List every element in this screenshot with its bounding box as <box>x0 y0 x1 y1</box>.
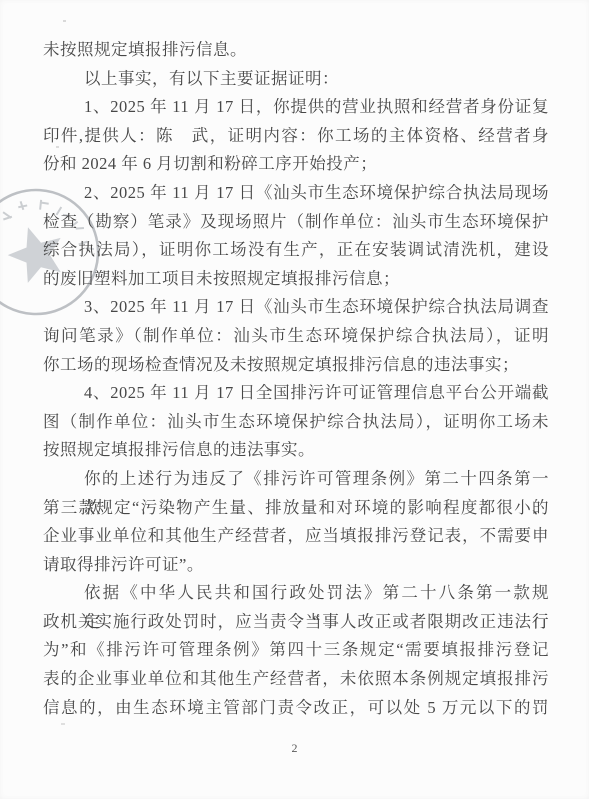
scan-speck <box>61 723 65 725</box>
text-line: 检查（勘察）笔录》及现场照片（制作单位：汕头市生态环境保护 <box>43 208 549 237</box>
text-line: 印件,提供人：陈 武，证明内容：你工场的主体资格、经营者身 <box>43 122 549 151</box>
text-line: 企业事业单位和其他生产经营者，应当填报排污登记表，不需要申 <box>43 522 549 551</box>
scan-speck <box>63 20 66 22</box>
text-line: 请取得排污许可证”。 <box>43 551 549 580</box>
text-line: 表的企业事业单位和其他生产经营者，未依照本条例规定填报排污 <box>43 665 549 694</box>
text-line: 询问笔录》（制作单位：汕头市生态环境保护综合执法局），证明 <box>43 322 549 351</box>
text-line: 2、2025 年 11 月 17 日《汕头市生态环境保护综合执法局现场 <box>43 179 549 208</box>
text-line: 图（制作单位：汕头市生态环境保护综合执法局），证明你工场未 <box>43 408 549 437</box>
text-line: 的废旧塑料加工项目未按照规定填报排污信息； <box>43 265 549 294</box>
page-number: 2 <box>0 741 589 756</box>
text-line: 按照规定填报排污信息的违法事实。 <box>43 436 549 465</box>
text-line: 依据《中华人民共和国行政处罚法》第二十八条第一款规定“行 <box>43 579 549 608</box>
text-line: 第三款规定“污染物产生量、排放量和对环境的影响程度都很小的 <box>43 494 549 523</box>
text-line: 1、2025 年 11 月 17 日，你提供的营业执照和经营者身份证复 <box>43 93 549 122</box>
text-line: 4、2025 年 11 月 17 日全国排污许可证管理信息平台公开端截 <box>43 379 549 408</box>
text-line: 综合执法局），证明你工场没有生产，正在安装调试清洗机，建设 <box>43 236 549 265</box>
text-line: 信息的，由生态环境主管部门责令改正，可以处 5 万元以下的罚 <box>43 694 549 723</box>
text-line: 你的上述行为违反了《排污许可管理条例》第二十四条第一款、 <box>43 465 549 494</box>
text-line: 未按照规定填报排污信息。 <box>43 36 549 65</box>
text-line: 你工场的现场检查情况及未按照规定填报排污信息的违法事实； <box>43 351 549 380</box>
text-line: 为”和《排污许可管理条例》第四十三条规定“需要填报排污登记 <box>43 636 549 665</box>
text-line: 政机关实施行政处罚时，应当责令当事人改正或者限期改正违法行 <box>43 608 549 637</box>
text-line: 3、2025 年 11 月 17 日《汕头市生态环境保护综合执法局调查 <box>43 293 549 322</box>
text-line: 份和 2024 年 6 月切割和粉碎工序开始投产； <box>43 150 549 179</box>
text-line: 以上事实，有以下主要证据证明： <box>43 65 549 94</box>
document-text: 未按照规定填报排污信息。以上事实，有以下主要证据证明：1、2025 年 11 月… <box>43 36 549 722</box>
document-page: 未按照规定填报排污信息。以上事实，有以下主要证据证明：1、2025 年 11 月… <box>0 0 589 799</box>
